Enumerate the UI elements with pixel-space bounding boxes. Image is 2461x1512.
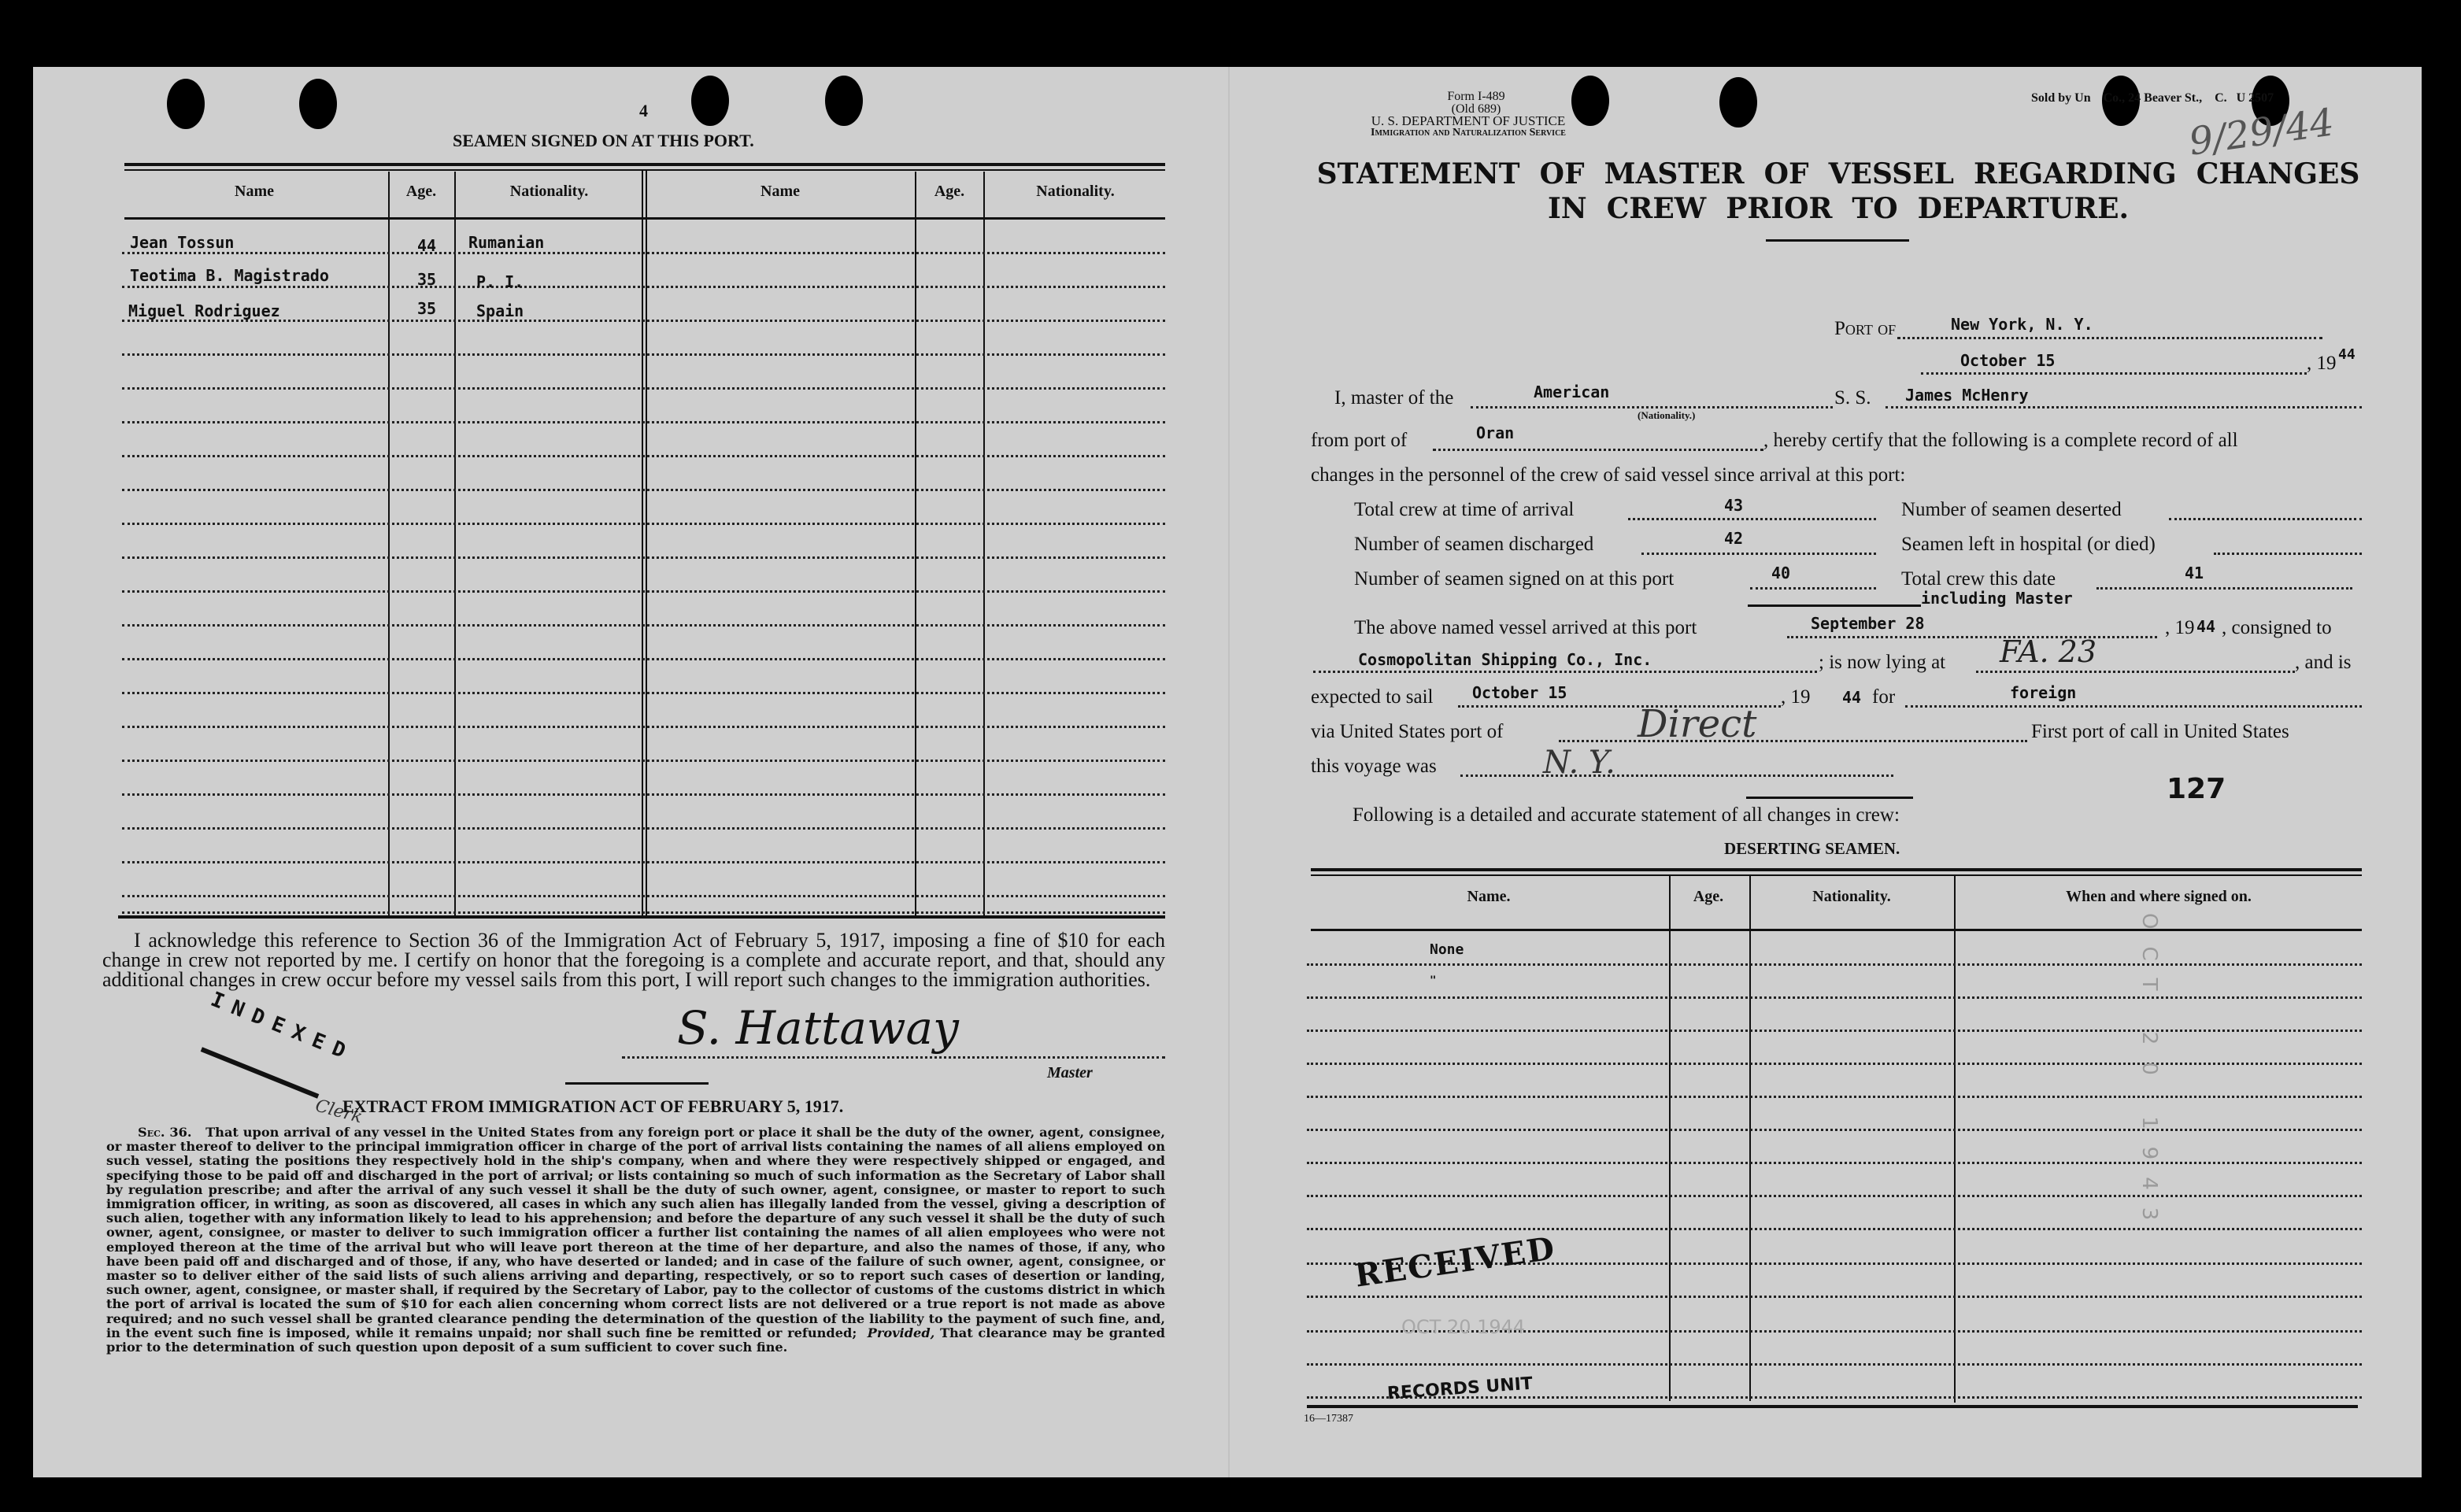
section-title: SEAMEN SIGNED ON AT THIS PORT. [453, 131, 754, 151]
master-label: Master [1047, 1064, 1093, 1082]
stat-line [2169, 518, 2362, 520]
extract-title: EXTRACT FROM IMMIGRATION ACT OF FEBRUARY… [342, 1096, 843, 1117]
punch-hole [299, 79, 337, 129]
punch-hole [167, 79, 205, 129]
sail-year-prefix: , 19 [1781, 686, 1811, 708]
following-text: Following is a detailed and accurate sta… [1353, 804, 1900, 826]
sail-label: expected to sail [1311, 686, 1434, 708]
discharged: 42 [1724, 529, 1743, 548]
arrived-year: 44 [2196, 617, 2215, 636]
column-divider [388, 172, 390, 918]
stat-line [1628, 518, 1876, 520]
vertical-date-stamp: OCT 20 1943 [2137, 913, 2161, 1237]
punch-hole [825, 76, 863, 126]
form-title-line-2: IN CREW PRIOR TO DEPARTURE. [1307, 192, 2370, 225]
date-year: 44 [2338, 346, 2356, 363]
via-label: via United States port of [1311, 721, 1503, 743]
stat-line [1641, 553, 1876, 555]
cell-name: Teotima B. Magistrado [130, 266, 329, 285]
column-header-signed-on: When and where signed on. [1956, 888, 2362, 906]
total-crew-date: 41 [2185, 564, 2204, 582]
and-is-label: , and is [2295, 652, 2352, 674]
destination-line [1905, 705, 2362, 708]
deserting-title: DESERTING SEAMEN. [1724, 839, 1900, 859]
sail-date: October 15 [1472, 683, 1567, 702]
master-signature: S. Hattaway [677, 1001, 959, 1055]
certify-text: , hereby certify that the following is a… [1763, 430, 2238, 452]
section-label: Sec. 36. [138, 1125, 192, 1140]
voyage-line [1460, 774, 1893, 777]
stat-line [2214, 553, 2362, 555]
page-number: 4 [639, 101, 648, 121]
from-port-label: from port of [1311, 430, 1407, 452]
via-line [1559, 740, 2027, 742]
consigned-label: , consigned to [2222, 617, 2332, 639]
port-label: Port of [1834, 318, 1896, 340]
table-top-rule [1311, 868, 2362, 871]
port-value: New York, N. Y. [1951, 315, 2093, 334]
column-header-age: Age. [390, 183, 453, 201]
nationality-value: American [1534, 383, 1609, 401]
column-divider [1954, 875, 1956, 1403]
sail-year: 44 [1842, 688, 1861, 707]
table-bottom-rule [1307, 1405, 2358, 1408]
from-port-line [1433, 449, 1763, 451]
deserted-label: Number of seamen deserted [1901, 499, 2122, 521]
total-crew-arrival: 43 [1724, 496, 1743, 515]
ship-name: James McHenry [1905, 386, 2029, 405]
consignee: Cosmopolitan Shipping Co., Inc. [1358, 650, 1652, 669]
signature-line [622, 1056, 1165, 1059]
signed-on-label: Number of seamen signed on at this port [1354, 568, 1674, 590]
changes-text: changes in the personnel of the crew of … [1311, 464, 1905, 486]
form-title-line-1: STATEMENT OF MASTER OF VESSEL REGARDING … [1307, 157, 2370, 190]
nationality-caption: (Nationality.) [1638, 409, 1695, 422]
service-name: Immigration and Naturalization Service [1330, 127, 1606, 139]
cell-nationality: Spain [476, 301, 524, 320]
column-header-age-2: Age. [917, 183, 982, 201]
cell-name: None [1430, 941, 1464, 958]
arrived-date: September 28 [1811, 614, 1925, 633]
column-header-nationality-2: Nationality. [986, 183, 1165, 201]
column-header-nationality: Nationality. [457, 183, 642, 201]
from-port-value: Oran [1476, 423, 1514, 442]
column-divider [1669, 875, 1671, 1401]
title-underline [1766, 239, 1909, 242]
column-divider [642, 170, 643, 918]
print-code: 16—17387 [1304, 1413, 1353, 1425]
printer-imprint: Sold by Un Co., 24 Beaver St., C. U 2507 [2031, 91, 2274, 105]
column-header-nationality: Nationality. [1751, 888, 1952, 906]
provided-label: Provided, [868, 1325, 935, 1340]
column-divider [454, 172, 456, 918]
signed-on: 40 [1771, 564, 1790, 582]
consignee-line [1313, 671, 1817, 673]
stat-line [2096, 587, 2352, 590]
via-value: Direct [1638, 702, 1756, 746]
cell-nationality: P. I. [476, 272, 524, 291]
header-underline [124, 217, 1165, 220]
page-fold [1228, 67, 1230, 1477]
column-divider [915, 172, 916, 918]
punch-hole [1719, 77, 1757, 128]
date-line [1921, 372, 2307, 375]
arrived-line [1787, 636, 2157, 638]
arrived-year-prefix: , 19 [2165, 617, 2195, 639]
lying-label: ; is now lying at [1819, 652, 1945, 674]
column-divider [646, 170, 647, 918]
date-value: October 15 [1960, 351, 2055, 370]
first-port-label: First port of call in United States [2031, 721, 2289, 743]
table-bottom-rule [118, 915, 1165, 919]
stat-line [1750, 587, 1876, 590]
including-master-note: including Master [1921, 589, 2073, 608]
short-rule [1746, 797, 1913, 799]
column-header-age: Age. [1669, 888, 1748, 906]
table-top-rule [124, 169, 1165, 171]
destination: foreign [2010, 683, 2076, 702]
lying-line [1976, 671, 2295, 673]
for-label: for [1872, 686, 1895, 708]
short-rule [1748, 604, 1921, 607]
master-label: I, master of the [1334, 387, 1453, 409]
section-body: That upon arrival of any vessel in the U… [106, 1125, 1165, 1340]
cell-age: 44 [417, 236, 436, 255]
nationality-line [1471, 406, 1833, 408]
voyage-value: N. Y. [1543, 745, 1615, 781]
voyage-label: this voyage was [1311, 756, 1437, 778]
acknowledgement-paragraph: I acknowledge this reference to Section … [102, 930, 1165, 989]
section-36-text: Sec. 36. That upon arrival of any vessel… [106, 1126, 1165, 1355]
total-crew-arrival-label: Total crew at time of arrival [1354, 499, 1574, 521]
arrived-label: The above named vessel arrived at this p… [1354, 617, 1697, 639]
table-top-rule [1311, 874, 2362, 876]
hospital-label: Seamen left in hospital (or died) [1901, 534, 2156, 556]
column-divider [1749, 875, 1751, 1401]
stamp-number: 127 [2167, 773, 2226, 805]
short-rule [565, 1082, 709, 1085]
column-header-name-2: Name [647, 183, 913, 201]
cell-name: Miguel Rodriguez [128, 301, 280, 320]
cell-name: Jean Tossun [130, 233, 234, 252]
column-header-name: Name. [1311, 888, 1667, 906]
lying-value: FA. 23 [2000, 634, 2096, 669]
cell-name: " [1430, 974, 1436, 987]
received-date-stamp: OCT 20 1944 [1401, 1316, 1525, 1338]
ss-label: S. S. [1834, 387, 1871, 409]
column-divider [983, 172, 985, 918]
cell-age: 35 [417, 270, 436, 289]
header-underline [1311, 929, 2362, 931]
punch-hole [691, 76, 729, 126]
acknowledgement-text: I acknowledge this reference to Section … [102, 930, 1165, 989]
column-header-name: Name [124, 183, 384, 201]
total-crew-date-label: Total crew this date [1901, 568, 2056, 590]
port-line [1897, 337, 2322, 339]
ship-line [1886, 406, 2362, 408]
date-year-prefix: , 19 [2307, 353, 2337, 375]
cell-nationality: Rumanian [468, 233, 544, 252]
discharged-label: Number of seamen discharged [1354, 534, 1593, 556]
cell-age: 35 [417, 299, 436, 318]
table-top-rule [124, 163, 1165, 166]
